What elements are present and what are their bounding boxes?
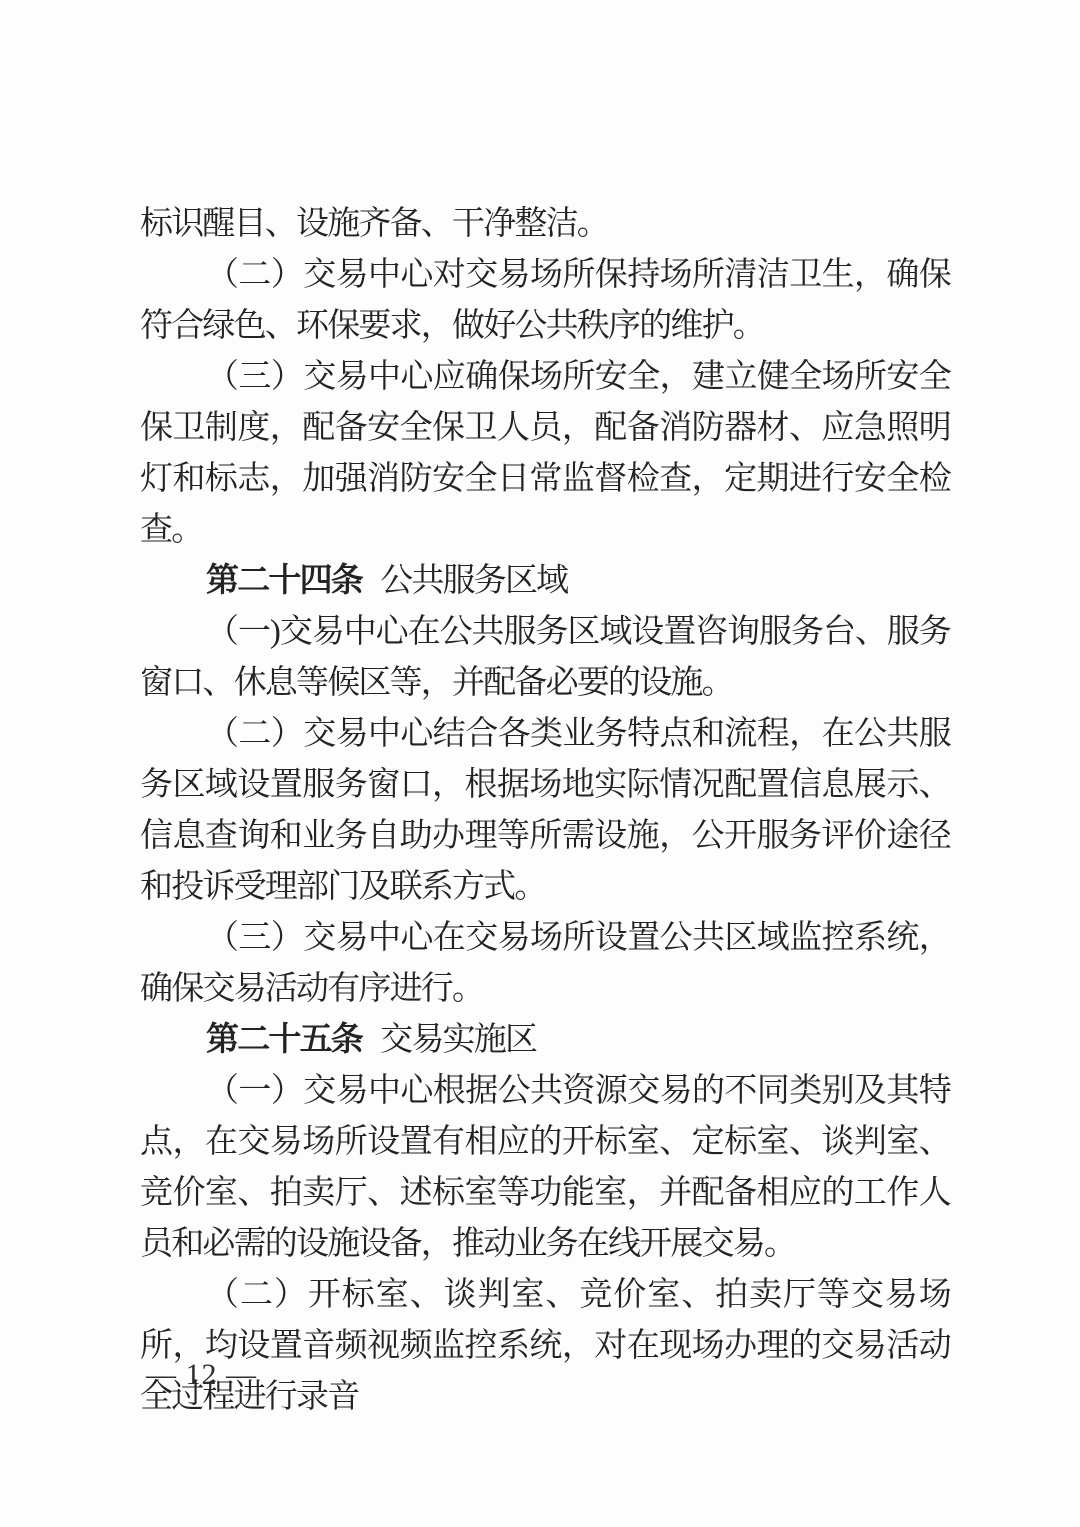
paragraph: （二）交易中心对交易场所保持场所清洁卫生，确保符合绿色、环保要求，做好公共秩序的… bbox=[140, 250, 950, 352]
document-page: 标识醒目、设施齐备、干净整洁。 （二）交易中心对交易场所保持场所清洁卫生，确保符… bbox=[0, 0, 1080, 1527]
paragraph: （二）交易中心结合各类业务特点和流程，在公共服务区域设置服务窗口，根据场地实际情… bbox=[140, 709, 950, 913]
paragraph: 标识醒目、设施齐备、干净整洁。 bbox=[140, 199, 950, 250]
paragraph: （二）开标室、谈判室、竞价室、拍卖厅等交易场所，均设置音频视频监控系统，对在现场… bbox=[140, 1270, 950, 1423]
article-title: 交易实施区 bbox=[380, 1022, 536, 1058]
article-heading: 第二十四条公共服务区域 bbox=[140, 556, 950, 607]
article-heading: 第二十五条交易实施区 bbox=[140, 1015, 950, 1066]
paragraph: （一）交易中心根据公共资源交易的不同类别及其特点，在交易场所设置有相应的开标室、… bbox=[140, 1066, 950, 1270]
paragraph: （一)交易中心在公共服务区域设置咨询服务台、服务窗口、休息等候区等，并配备必要的… bbox=[140, 607, 950, 709]
document-body: 标识醒目、设施齐备、干净整洁。 （二）交易中心对交易场所保持场所清洁卫生，确保符… bbox=[140, 199, 950, 1423]
paragraph: （三）交易中心应确保场所安全，建立健全场所安全保卫制度，配备安全保卫人员，配备消… bbox=[140, 352, 950, 556]
article-number: 第二十四条 bbox=[206, 563, 362, 599]
paragraph: （三）交易中心在交易场所设置公共区域监控系统，确保交易活动有序进行。 bbox=[140, 913, 950, 1015]
article-title: 公共服务区域 bbox=[380, 563, 567, 599]
article-number: 第二十五条 bbox=[206, 1022, 362, 1058]
page-number: — 12 — bbox=[146, 1358, 257, 1392]
